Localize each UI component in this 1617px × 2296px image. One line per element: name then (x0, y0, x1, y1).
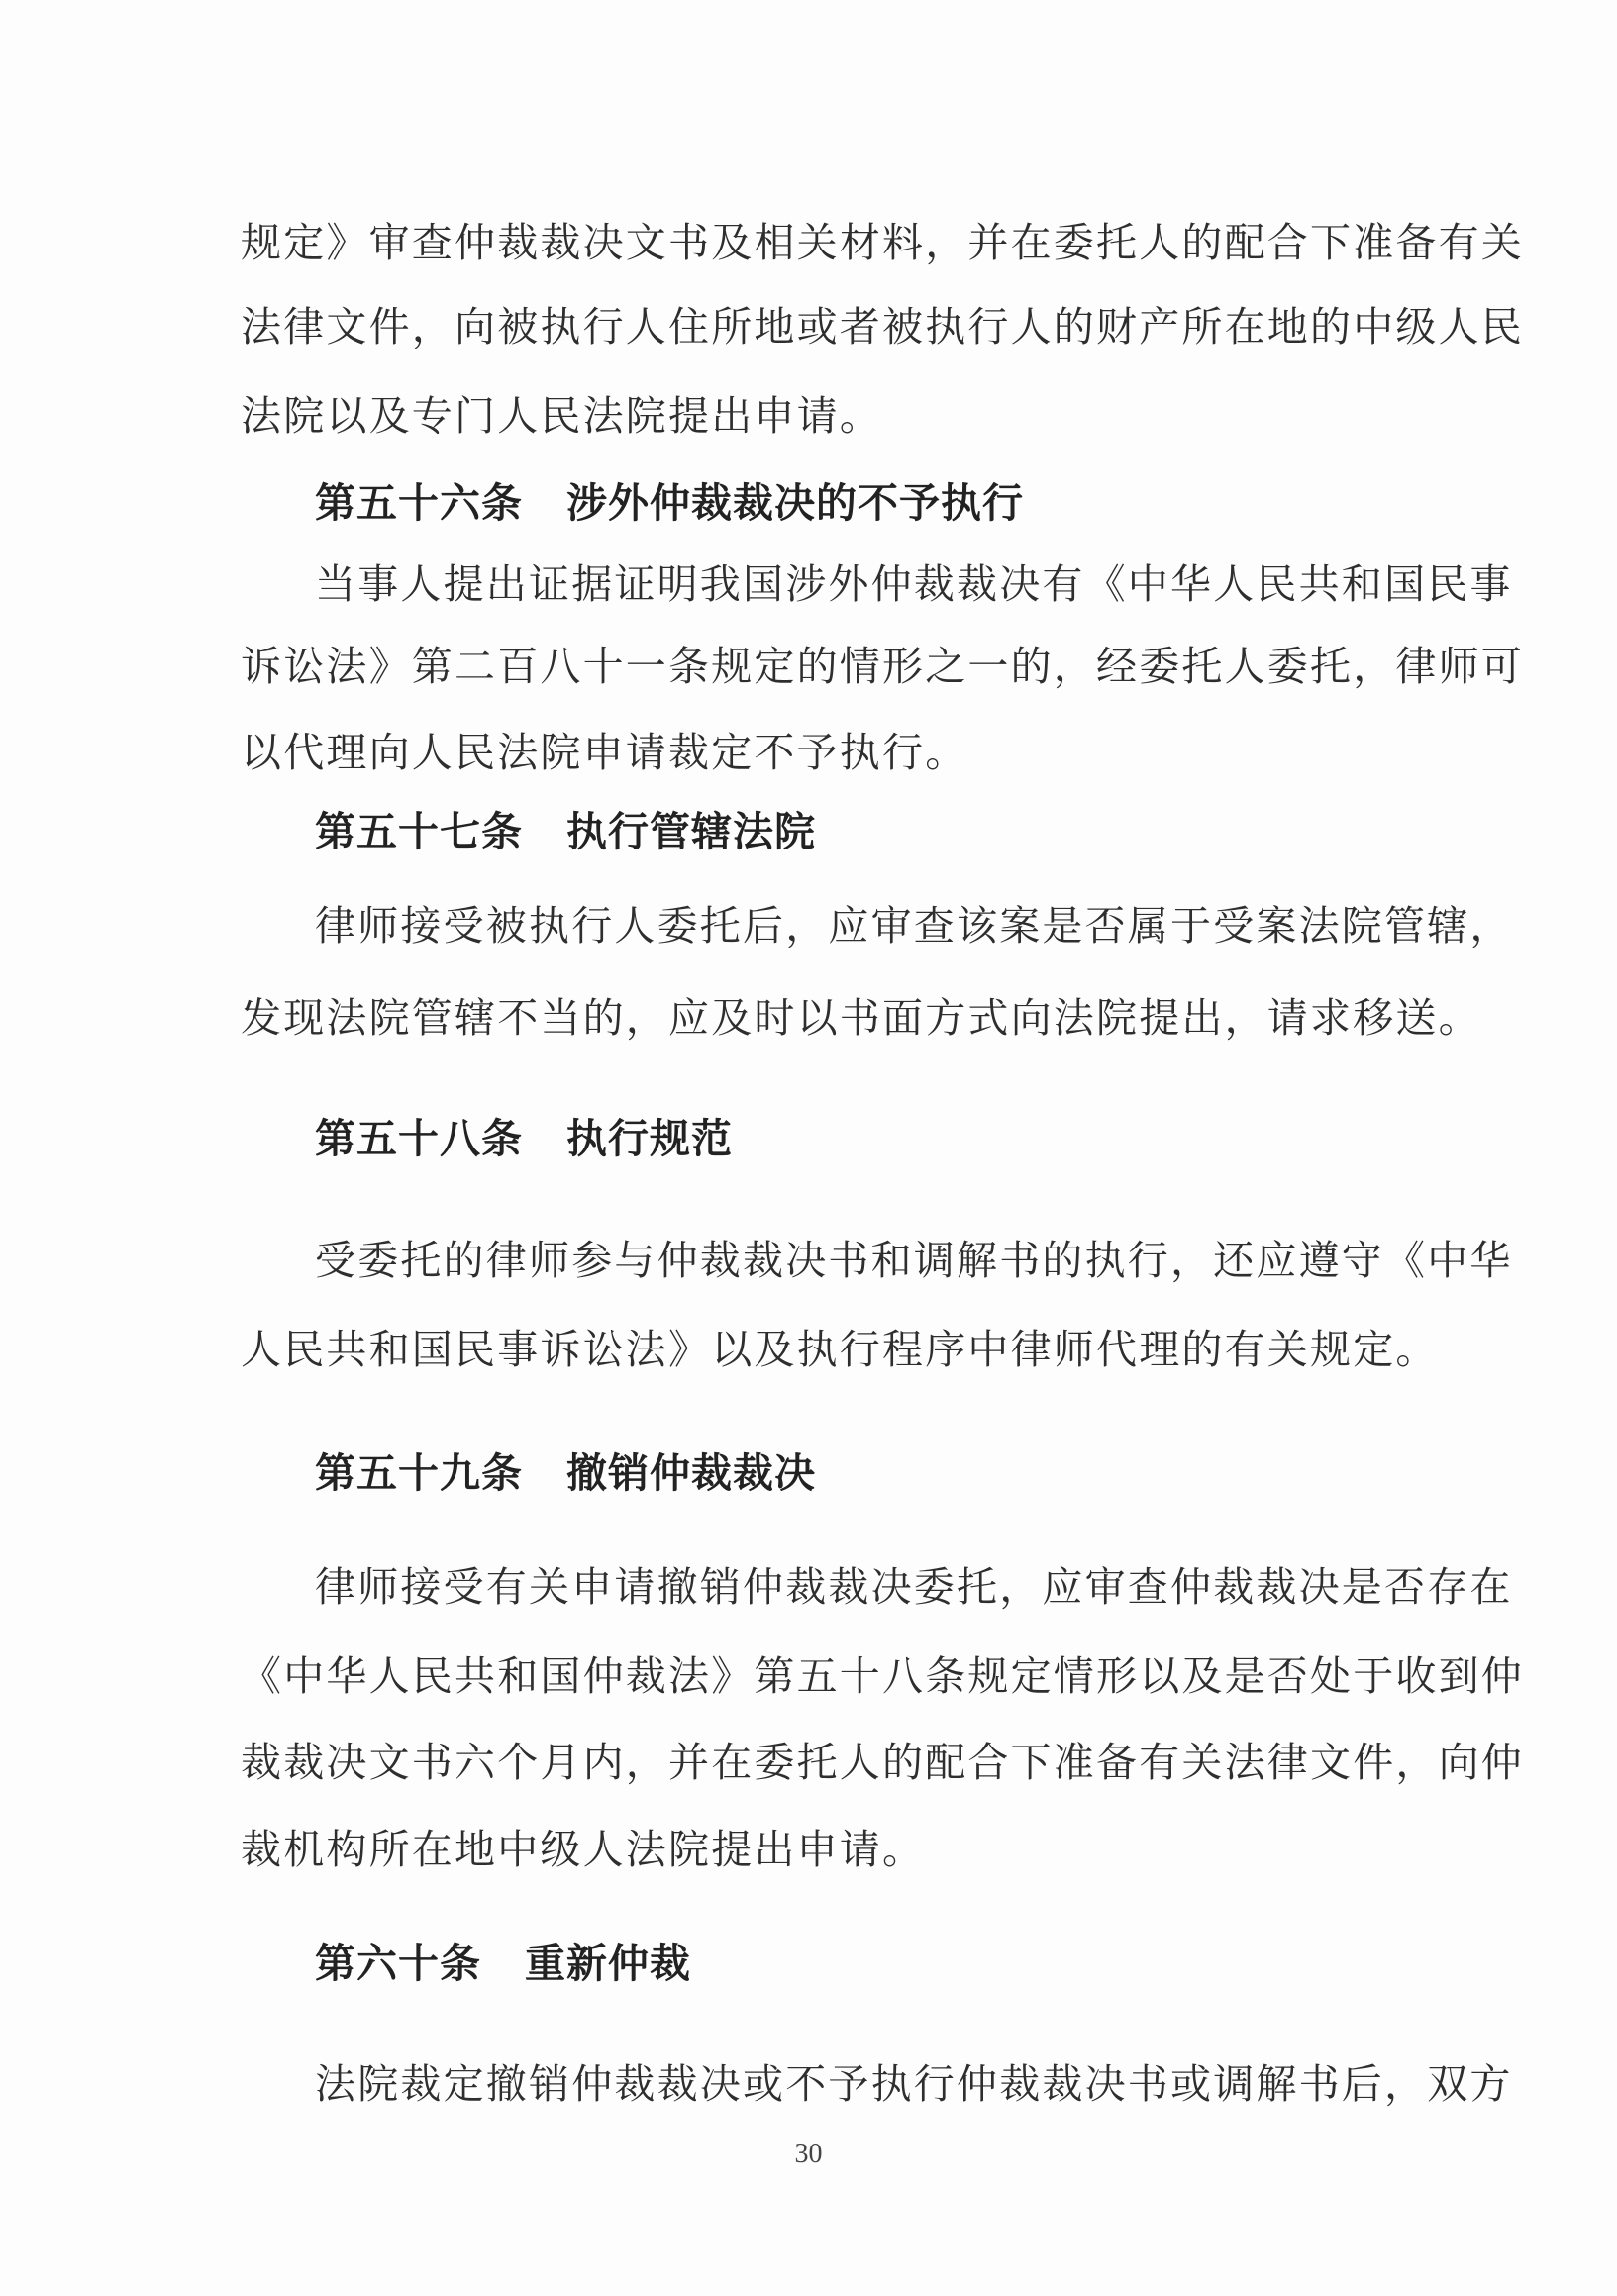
article-heading-59: 第五十九条撤销仲裁裁决 (315, 1448, 1454, 1498)
article-number: 第五十九条 (315, 1448, 523, 1498)
body-line: 人民共和国民事诉讼法》以及执行程序中律师代理的有关规定。 (241, 1325, 1379, 1374)
body-line: 《中华人民共和国仲裁法》第五十八条规定情形以及是否处于收到仲 (241, 1651, 1379, 1701)
document-page: 规定》审查仲裁裁决文书及相关材料，并在委托人的配合下准备有关 法律文件，向被执行… (0, 0, 1617, 2296)
body-line: 裁裁决文书六个月内，并在委托人的配合下准备有关法律文件，向仲 (241, 1738, 1379, 1787)
article-title: 执行规范 (566, 1115, 733, 1162)
article-heading-58: 第五十八条执行规范 (315, 1114, 1454, 1163)
body-line: 法院以及专门人民法院提出申请。 (241, 391, 1379, 441)
body-line: 发现法院管辖不当的，应及时以书面方式向法院提出，请求移送。 (241, 993, 1379, 1043)
article-title: 撤销仲裁裁决 (566, 1449, 816, 1497)
body-line: 裁机构所在地中级人法院提出申请。 (241, 1825, 1379, 1874)
page-number: 30 (0, 2139, 1617, 2170)
body-line: 规定》审查仲裁裁决文书及相关材料，并在委托人的配合下准备有关 (241, 218, 1379, 267)
body-line: 诉讼法》第二百八十一条规定的情形之一的，经委托人委托，律师可 (241, 642, 1379, 691)
article-title: 涉外仲裁裁决的不予执行 (566, 479, 1024, 527)
body-line: 受委托的律师参与仲裁裁决书和调解书的执行，还应遵守《中华 (315, 1236, 1379, 1285)
body-line: 当事人提出证据证明我国涉外仲裁裁决有《中华人民共和国民事 (315, 559, 1379, 609)
article-number: 第六十条 (315, 1939, 481, 1988)
article-number: 第五十七条 (315, 807, 523, 856)
body-line: 律师接受被执行人委托后，应审查该案是否属于受案法院管辖， (315, 901, 1379, 950)
body-line: 法律文件，向被执行人住所地或者被执行人的财产所在地的中级人民 (241, 302, 1379, 351)
article-title: 重新仲裁 (525, 1940, 691, 1987)
body-line: 以代理向人民法院申请裁定不予执行。 (241, 728, 1379, 777)
body-line: 律师接受有关申请撤销仲裁裁决委托，应审查仲裁裁决是否存在 (315, 1562, 1379, 1612)
article-heading-57: 第五十七条执行管辖法院 (315, 807, 1454, 856)
article-number: 第五十六条 (315, 478, 523, 528)
article-heading-60: 第六十条重新仲裁 (315, 1939, 1454, 1988)
article-heading-56: 第五十六条涉外仲裁裁决的不予执行 (315, 478, 1454, 528)
article-number: 第五十八条 (315, 1114, 523, 1163)
body-line: 法院裁定撤销仲裁裁决或不予执行仲裁裁决书或调解书后，双方 (315, 2059, 1379, 2109)
article-title: 执行管辖法院 (566, 808, 816, 855)
